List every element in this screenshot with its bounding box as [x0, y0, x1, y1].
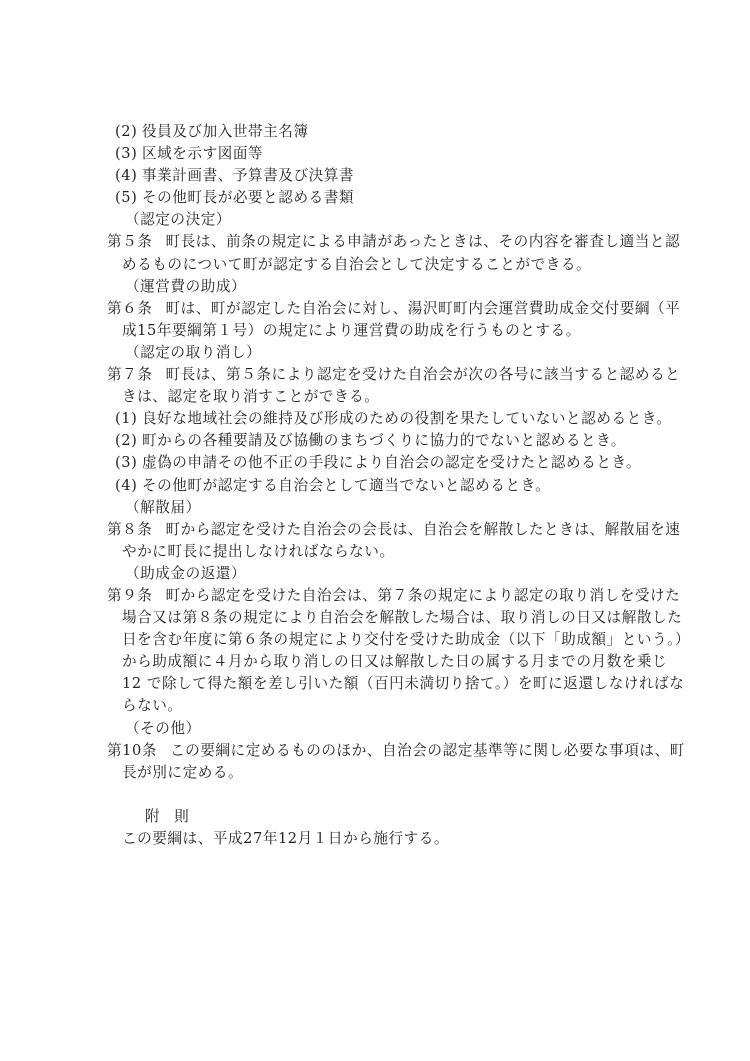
item-number: (2): [115, 121, 142, 143]
article-continuation: から助成額に４月から取り消しの日又は解散した日の属する月までの月数を乗じ: [107, 651, 643, 673]
article-number: 第８条: [107, 519, 152, 541]
article-number: 第10条: [107, 740, 157, 762]
article-heading: （その他）: [107, 718, 643, 740]
article-continuation: やかに町長に提出しなければならない。: [107, 541, 643, 563]
list-item: (2)役員及び加入世帯主名簿: [107, 121, 643, 143]
article-heading: （助成金の返還）: [107, 563, 643, 585]
item-number: (1): [115, 408, 142, 430]
supplementary-title: 附則: [107, 806, 643, 828]
article-first-line: 第６条町は、町が認定した自治会に対し、湯沢町町内会運営費助成金交付要綱（平: [107, 298, 643, 320]
item-text: 良好な地域社会の維持及び形成のための役割を果たしていないと認めるとき。: [142, 410, 671, 427]
article-number: 第９条: [107, 585, 152, 607]
item-number: (3): [115, 143, 142, 165]
article-heading: （認定の決定）: [107, 209, 643, 231]
item-text: 区域を示す図面等: [142, 145, 263, 162]
item-number: (4): [115, 475, 142, 497]
item-number: (4): [115, 165, 142, 187]
spacer: [107, 784, 643, 806]
article-text: 町は、町が認定した自治会に対し、湯沢町町内会運営費助成金交付要綱（平: [165, 300, 680, 317]
list-item: (3)虚偽の申請その他不正の手段により自治会の認定を受けたと認めるとき。: [107, 452, 643, 474]
article-text: この要綱に定めるもののほか、自治会の認定基準等に関し必要な事項は、町: [170, 742, 685, 759]
article-text: 町長は、前条の規定による申請があったときは、その内容を審査し適当と認: [165, 233, 680, 250]
item-text: 町からの各種要請及び協働のまちづくりに協力的でないと認めるとき。: [142, 432, 626, 449]
document-body: (2)役員及び加入世帯主名簿 (3)区域を示す図面等 (4)事業計画書、予算書及…: [107, 121, 643, 850]
article-text: 町長は、第５条により認定を受けた自治会が次の各号に該当すると認めると: [165, 366, 680, 383]
item-text: 役員及び加入世帯主名簿: [142, 123, 309, 140]
item-text: 事業計画書、予算書及び決算書: [142, 167, 354, 184]
article-continuation: 場合又は第８条の規定により自治会を解散した場合は、取り消しの日又は解散した: [107, 607, 643, 629]
article-continuation: 長が別に定める。: [107, 762, 643, 784]
supplementary-text: この要綱は、平成27年12月１日から施行する。: [107, 828, 643, 850]
article-first-line: 第10条この要綱に定めるもののほか、自治会の認定基準等に関し必要な事項は、町: [107, 740, 643, 762]
item-text: 虚偽の申請その他不正の手段により自治会の認定を受けたと認めるとき。: [142, 454, 641, 471]
article-continuation: きは、認定を取り消すことができる。: [107, 386, 643, 408]
item-number: (2): [115, 430, 142, 452]
article-first-line: 第５条町長は、前条の規定による申請があったときは、その内容を審査し適当と認: [107, 231, 643, 253]
list-item: (3)区域を示す図面等: [107, 143, 643, 165]
article-continuation: 12 で除して得た額を差し引いた額（百円未満切り捨て。）を町に返還しなければな: [107, 673, 643, 695]
article-text: 町から認定を受けた自治会の会長は、自治会を解散したときは、解散届を速: [165, 521, 680, 538]
item-text: その他町長が必要と認める書類: [142, 189, 354, 206]
item-number: (5): [115, 187, 142, 209]
article-number: 第７条: [107, 364, 152, 386]
item-text: その他町が認定する自治会として適当でないと認めるとき。: [142, 477, 550, 494]
article-heading: （解散届）: [107, 497, 643, 519]
article-continuation: めるものについて町が認定する自治会として決定することができる。: [107, 254, 643, 276]
article-continuation: 成15年要綱第１号）の規定により運営費の助成を行うものとする。: [107, 320, 643, 342]
article-continuation: 日を含む年度に第６条の規定により交付を受けた助成金（以下「助成額」という。）: [107, 629, 643, 651]
article-heading: （運営費の助成）: [107, 276, 643, 298]
article-number: 第６条: [107, 298, 152, 320]
list-item: (1)良好な地域社会の維持及び形成のための役割を果たしていないと認めるとき。: [107, 408, 643, 430]
article-heading: （認定の取り消し）: [107, 342, 643, 364]
supplementary-title-right: 則: [174, 808, 189, 825]
article-continuation: らない。: [107, 695, 643, 717]
list-item: (4)その他町が認定する自治会として適当でないと認めるとき。: [107, 475, 643, 497]
article-text: 町から認定を受けた自治会は、第７条の規定により認定の取り消しを受けた: [165, 587, 680, 604]
article-first-line: 第８条町から認定を受けた自治会の会長は、自治会を解散したときは、解散届を速: [107, 519, 643, 541]
list-item: (2)町からの各種要請及び協働のまちづくりに協力的でないと認めるとき。: [107, 430, 643, 452]
article-first-line: 第９条町から認定を受けた自治会は、第７条の規定により認定の取り消しを受けた: [107, 585, 643, 607]
item-number: (3): [115, 452, 142, 474]
supplementary-title-left: 附: [145, 808, 160, 825]
document-page: (2)役員及び加入世帯主名簿 (3)区域を示す図面等 (4)事業計画書、予算書及…: [0, 0, 750, 1061]
list-item: (4)事業計画書、予算書及び決算書: [107, 165, 643, 187]
article-number: 第５条: [107, 231, 152, 253]
list-item: (5)その他町長が必要と認める書類: [107, 187, 643, 209]
article-first-line: 第７条町長は、第５条により認定を受けた自治会が次の各号に該当すると認めると: [107, 364, 643, 386]
